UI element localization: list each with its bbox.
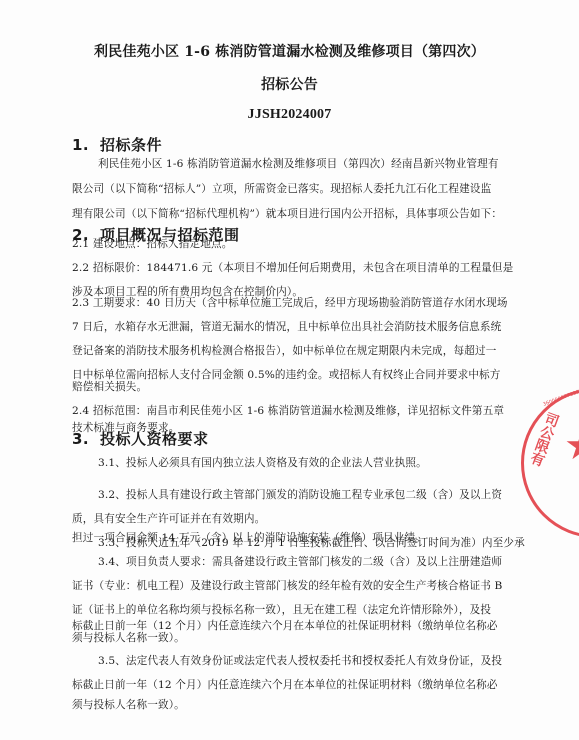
paragraph-line: 2.1 建设地点：招标人指定地点。 (72, 236, 512, 251)
section-heading-3: 3.投标人资格要求 (72, 428, 209, 449)
paragraph-line: 利民佳苑小区 1-6 栋消防管道漏水检测及维修项目（第四次）经南昌新兴物业管理有 (98, 156, 538, 171)
paragraph-line: 登记备案的消防技术服务机构检测合格报告），如中标单位在规定期限内未完成，每超过一 (72, 343, 512, 358)
section-title: 投标人资格要求 (100, 430, 209, 448)
paragraph-line: 理有限公司（以下简称“招标代理机构”）就本项目进行国内公开招标，具体事项公告如下… (72, 206, 512, 221)
document-title: 利民佳苑小区 1-6 栋消防管道漏水检测及维修项目（第四次） (0, 41, 579, 61)
section-number: 3. (72, 430, 100, 448)
paragraph-line: 3.2、投标人具有建设行政主管部门颁发的消防设施工程专业承包二级（含）及以上资 (98, 487, 538, 502)
section-heading-1: 1.招标条件 (72, 134, 162, 155)
company-seal: 3600000775332 司公限有 ★ (521, 388, 579, 538)
paragraph-line: 担过一项合同金额 14 万元（含）以上的消防设施安装（维修）项目业绩。 (72, 530, 512, 545)
paragraph-line: 3.5、法定代表人有效身份证或法定代表人授权委托书和授权委托人有效身份证，及投 (98, 653, 538, 668)
paragraph-line: 标截止日前一年（12 个月）内任意连续六个月在本单位的社保证明材料（缴纳单位名称… (72, 677, 512, 692)
paragraph-line: 赔偿相关损失。 (72, 379, 512, 394)
paragraph-line: 须与投标人名称一致）。 (72, 697, 512, 712)
paragraph-line: 质，具有安全生产许可证并在有效期内。 (72, 511, 512, 526)
paragraph-line: 须与投标人名称一致）。 (72, 630, 512, 645)
document-subtitle: 招标公告 (0, 74, 579, 94)
paragraph-line: 2.3 工期要求：40 日历天（含中标单位施工完成后，经甲方现场勘验消防管道存水… (72, 295, 512, 310)
paragraph-line: 7 日后，水箱存水无泄漏，管道无漏水的情况，且中标单位出具社会消防技术服务信息系… (72, 319, 512, 334)
document-page: 利民佳苑小区 1-6 栋消防管道漏水检测及维修项目（第四次） 招标公告 JJSH… (0, 0, 579, 740)
seal-text: 司公限有 (525, 409, 563, 468)
paragraph-line: 3.4、项目负责人要求：需具备建设行政主管部门核发的二级（含）及以上注册建造师 (98, 554, 538, 569)
document-code: JJSH2024007 (0, 107, 579, 123)
section-number: 1. (72, 136, 100, 154)
paragraph-line: 证（证书上的单位名称均须与投标名称一致），且无在建工程（法定允许情形除外），及投 (72, 602, 512, 617)
paragraph-line: 2.2 招标限价：184471.6 元（本项目不增加任何后期费用，未包含在项目清… (72, 260, 512, 275)
star-icon: ★ (564, 426, 579, 466)
seal-serial: 3600000775332 (542, 388, 579, 408)
section-title: 招标条件 (100, 136, 162, 154)
paragraph-line: 2.4 招标范围：南昌市利民佳苑小区 1-6 栋消防管道漏水检测及维修，详见招标… (72, 403, 512, 418)
paragraph-line: 限公司（以下简称“招标人”）立项，所需资金已落实。现招标人委托九江石化工程建设监 (72, 181, 512, 196)
paragraph-line: 证书（专业：机电工程）及建设行政主管部门核发的经年检有效的安全生产考核合格证书 … (72, 578, 512, 593)
paragraph-line: 3.1、投标人必须具有国内独立法人资格及有效的企业法人营业执照。 (98, 455, 538, 470)
